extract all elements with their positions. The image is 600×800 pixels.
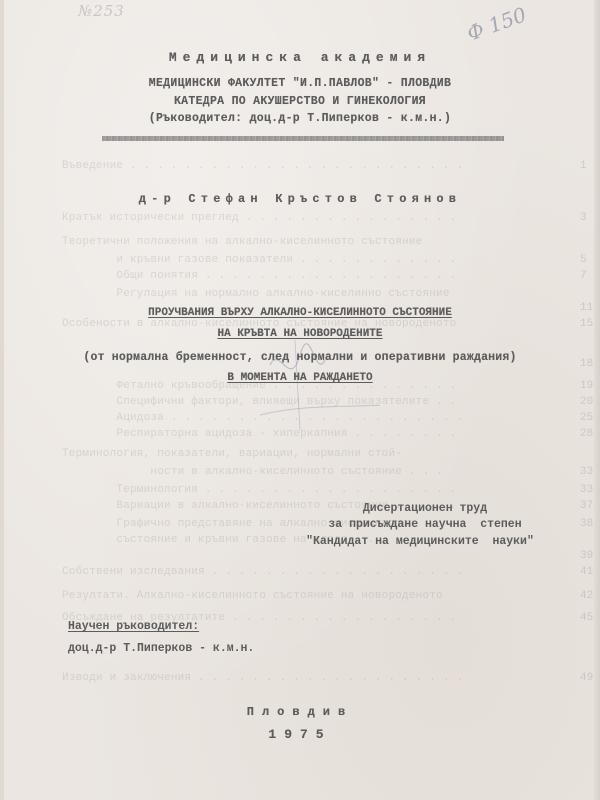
supervisor-label-text: Научен ръководител:: [68, 620, 199, 633]
title-line-1: ПРОУЧВАНИЯ ВЪРХУ АЛКАЛНО-КИСЕЛИННОТО СЪС…: [0, 307, 600, 319]
show-through-line: Резултати. Алкално-киселинното състояние…: [62, 590, 443, 602]
show-through-line: и кръвни газове показатели . . . . . . .…: [62, 254, 456, 266]
show-through-line: Общи понятия . . . . . . . . . . . . . .…: [62, 270, 456, 282]
show-through-page-number: 1: [580, 160, 587, 172]
academy-name: Медицинска академия: [0, 50, 600, 65]
show-through-line: Специфични фактори, влияещи върху показа…: [62, 396, 456, 408]
show-through-line: Регулация на нормално алкално-киселинно …: [62, 288, 450, 300]
dissertation-type: Дисертационен труд: [345, 502, 505, 515]
handwritten-archive-number: №253: [78, 2, 125, 20]
show-through-line: Терминология, показатели, вариации, норм…: [62, 448, 402, 460]
header-separator-rule: [102, 136, 504, 141]
show-through-page-number: 33: [580, 484, 593, 496]
title-line-3: В МОМЕНТА НА РАЖДАНЕТО: [0, 372, 600, 384]
show-through-line: ности в алкално-киселинното състояние . …: [62, 466, 443, 478]
department-name: КАТЕДРА ПО АКУШЕРСТВО И ГИНЕКОЛОГИЯ: [0, 95, 600, 108]
show-through-page-number: 38: [580, 518, 593, 530]
show-through-page-number: 49: [580, 672, 593, 684]
show-through-page-number: 37: [580, 500, 593, 512]
dissertation-purpose: за присъждане научна степен: [305, 518, 545, 531]
supervisor-name: доц.д-р Т.Пиперков - к.м.н.: [68, 642, 254, 655]
show-through-page-number: 45: [580, 612, 593, 624]
show-through-page-number: 33: [580, 466, 593, 478]
show-through-line: Въведение . . . . . . . . . . . . . . . …: [62, 160, 463, 172]
faculty-name: МЕДИЦИНСКИ ФАКУЛТЕТ "И.П.ПАВЛОВ" - ПЛОВД…: [0, 77, 600, 90]
title-line-3-text: В МОМЕНТА НА РАЖДАНЕТО: [227, 372, 372, 384]
supervisor-label: Научен ръководител:: [68, 620, 199, 633]
show-through-line: Собствени изследвания . . . . . . . . . …: [62, 566, 463, 578]
show-through-line: Респираторна ацидоза - хиперкапния . . .…: [62, 428, 456, 440]
title-line-2-text: НА КРЪВТА НА НОВОРОДЕНИТЕ: [217, 328, 382, 340]
show-through-page-number: 7: [580, 270, 587, 282]
handwritten-shelf-mark: Ф 150: [464, 2, 530, 45]
scanned-page: Въведение . . . . . . . . . . . . . . . …: [0, 0, 600, 800]
title-subtitle: (от нормална бременност, след нормални и…: [0, 351, 600, 364]
show-through-page-number: 25: [580, 412, 593, 424]
show-through-page-number: 3: [580, 212, 587, 224]
show-through-line: Изводи и заключения . . . . . . . . . . …: [62, 672, 463, 684]
show-through-page-number: 20: [580, 396, 593, 408]
show-through-page-number: 42: [580, 590, 593, 602]
show-through-line: Кратък исторически преглед . . . . . . .…: [62, 212, 456, 224]
title-line-1-text: ПРОУЧВАНИЯ ВЪРХУ АЛКАЛНО-КИСЕЛИННОТО СЪС…: [148, 307, 452, 319]
author-name: д-р Стефан Кръстов Стоянов: [0, 192, 600, 206]
show-through-page-number: 41: [580, 566, 593, 578]
show-through-page-number: 28: [580, 428, 593, 440]
show-through-page-number: 5: [580, 254, 587, 266]
show-through-line: Ацидоза . . . . . . . . . . . . . . . . …: [62, 412, 463, 424]
department-head: (Ръководител: доц.д-р Т.Пиперков - к.м.н…: [0, 112, 600, 125]
dissertation-degree: "Кандидат на медицинските науки": [290, 535, 550, 548]
show-through-line: Терминология . . . . . . . . . . . . . .…: [62, 484, 456, 496]
title-line-2: НА КРЪВТА НА НОВОРОДЕНИТЕ: [0, 328, 600, 340]
show-through-line: Теоретични положения на алкално-киселинн…: [62, 236, 422, 248]
year: 1975: [0, 727, 600, 742]
show-through-page-number: 39: [580, 550, 593, 562]
city: Пловдив: [0, 705, 600, 719]
